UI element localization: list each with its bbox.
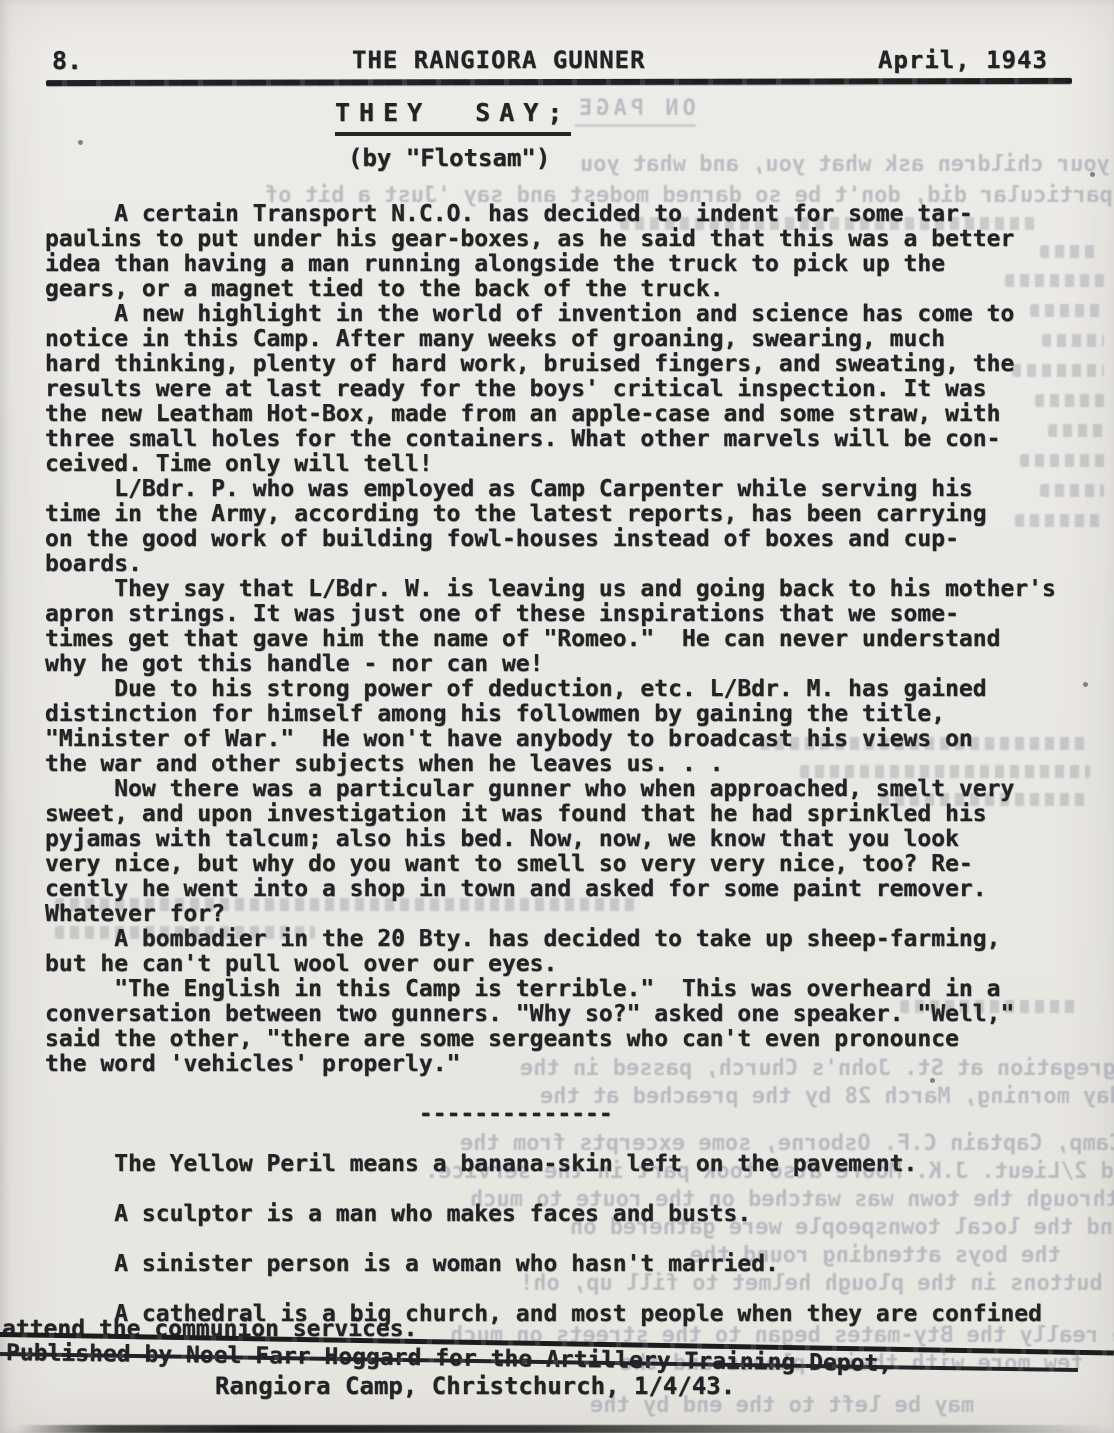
- bleed-mark: If your children ask what you, and what …: [580, 152, 1114, 177]
- masthead-title: THE RANGIORA GUNNER: [352, 46, 646, 74]
- article-body: A certain Transport N.C.O. has decided t…: [45, 202, 1114, 1327]
- text-line: [45, 1227, 1114, 1252]
- text-line: very nice, but why do you want to smell …: [45, 852, 1114, 877]
- text-line: pyjamas with talcum; also his bed. Now, …: [45, 827, 1114, 852]
- text-line: time in the Army, according to the lates…: [45, 502, 1114, 527]
- text-line: hard thinking, plenty of hard work, brui…: [45, 352, 1114, 377]
- section-heading: THEY SAY;: [335, 98, 571, 136]
- speck-mark: [78, 140, 83, 145]
- text-line: on the good work of building fowl-houses…: [45, 527, 1114, 552]
- page-number: 8.: [52, 46, 82, 75]
- text-line: [45, 1177, 1114, 1202]
- text-line: cently he went into a shop in town and a…: [45, 877, 1114, 902]
- text-line: apron strings. It was just one of these …: [45, 602, 1114, 627]
- text-line: "Minister of War." He won't have anybody…: [45, 727, 1114, 752]
- text-line: the word 'vehicles' properly.": [45, 1052, 1114, 1077]
- text-line: Now there was a particular gunner who wh…: [45, 777, 1114, 802]
- text-line: L/Bdr. P. who was employed as Camp Carpe…: [45, 477, 1114, 502]
- text-line: said the other, "there are some sergeant…: [45, 1027, 1114, 1052]
- text-line: [45, 1077, 1114, 1102]
- text-line: The Yellow Peril means a banana-skin lef…: [45, 1152, 1114, 1177]
- text-line: A new highlight in the world of inventio…: [45, 302, 1114, 327]
- text-line: conversation between two gunners. "Why s…: [45, 1002, 1114, 1027]
- text-line: [45, 1127, 1114, 1152]
- text-line: gears, or a magnet tied to the back of t…: [45, 277, 1114, 302]
- text-line: They say that L/Bdr. W. is leaving us an…: [45, 577, 1114, 602]
- text-line: Whatever for?: [45, 902, 1114, 927]
- text-line: A sinister person is a woman who hasn't …: [45, 1252, 1114, 1277]
- bleed-mark: ON PAGE: [575, 96, 696, 127]
- text-line: paulins to put under his gear-boxes, as …: [45, 227, 1114, 252]
- byline: (by "Flotsam"): [348, 144, 550, 172]
- newsletter-page: ON PAGEIf your children ask what you, an…: [0, 0, 1114, 1433]
- text-line: the war and other subjects when he leave…: [45, 752, 1114, 777]
- text-line: results were at last ready for the boys'…: [45, 377, 1114, 402]
- text-line: why he got this handle - nor can we!: [45, 652, 1114, 677]
- text-line: notice in this Camp. After many weeks of…: [45, 327, 1114, 352]
- text-line: idea than having a man running alongside…: [45, 252, 1114, 277]
- text-line: but he can't pull wool over our eyes.: [45, 952, 1114, 977]
- text-line: A bombadier in the 20 Bty. has decided t…: [45, 927, 1114, 952]
- text-line: Due to his strong power of deduction, et…: [45, 677, 1114, 702]
- text-line: [45, 1277, 1114, 1302]
- text-line: "The English in this Camp is terrible." …: [45, 977, 1114, 1002]
- text-line: three small holes for the containers. Wh…: [45, 427, 1114, 452]
- scan-edge-shadow: [18, 1425, 1102, 1433]
- header-rule: [46, 78, 1072, 86]
- imprint-address-line: Rangiora Camp, Christchurch, 1/4/43.: [215, 1372, 735, 1400]
- text-line: times get that gave him the name of "Rom…: [45, 627, 1114, 652]
- text-line: sweet, and upon investigation it was fou…: [45, 802, 1114, 827]
- text-line: ceived. Time only will tell!: [45, 452, 1114, 477]
- text-line: distinction for himself among his follow…: [45, 702, 1114, 727]
- text-line: A certain Transport N.C.O. has decided t…: [45, 202, 1114, 227]
- text-line: the new Leatham Hot-Box, made from an ap…: [45, 402, 1114, 427]
- masthead-date: April, 1943: [878, 46, 1048, 74]
- text-line: boards.: [45, 552, 1114, 577]
- speck-mark: [1090, 172, 1095, 177]
- text-line: --------------: [45, 1102, 1114, 1127]
- text-line: A sculptor is a man who makes faces and …: [45, 1202, 1114, 1227]
